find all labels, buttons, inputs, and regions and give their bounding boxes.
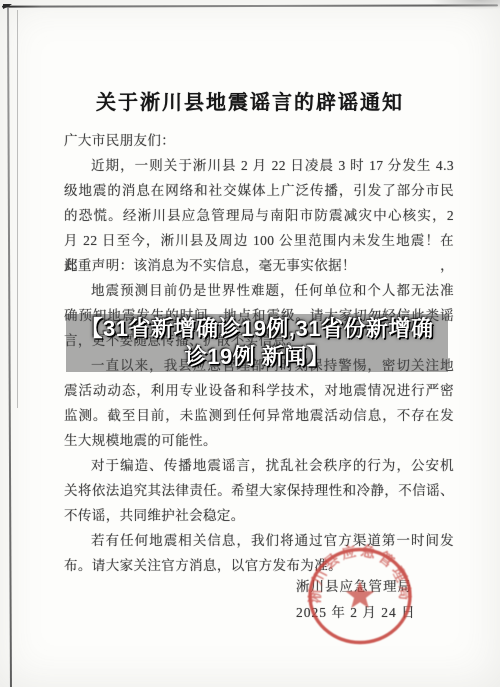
document-line: 生大规模地震的可能性。 bbox=[64, 428, 454, 453]
document-line: 关将依法追究其法律责任。希望大家保持理性和冷静，不信谣、 bbox=[64, 478, 454, 503]
document-photo: 关于淅川县地震谣言的辟谣通知 广大市民朋友们：近期，一则关于淅川县 2 月 22… bbox=[0, 0, 500, 687]
document-line: 震活动动态，利用专业设备和科学技术，对地震情况进行严密 bbox=[64, 378, 454, 403]
document-line: 近期，一则关于淅川县 2 月 22 日凌晨 3 时 17 分发生 4.3 bbox=[64, 153, 454, 178]
news-caption-line-1: 【31省新增确诊19例,31省份新增确 bbox=[80, 315, 433, 343]
document-line: 不传谣，共同维护社会稳定。 bbox=[64, 503, 454, 528]
document-line: 地震预测目前仍是世界性难题，任何单位和个人都无法准 bbox=[64, 278, 454, 303]
page-left-edge-inner bbox=[17, 10, 18, 408]
document-line: 的恐慌。经淅川县应急管理局与南阳市防震减灾中心核实，2 bbox=[64, 203, 454, 228]
photo-corner-smudge bbox=[430, 0, 500, 10]
news-caption-line-2: 诊19例 新闻】 bbox=[185, 343, 330, 371]
document-line: 广大市民朋友们： bbox=[64, 128, 454, 153]
document-title: 关于淅川县地震谣言的辟谣通知 bbox=[0, 86, 500, 115]
seal-star-icon bbox=[346, 581, 375, 608]
document-line: 对于编造、传播地震谣言，扰乱社会秩序的行为，公安机 bbox=[64, 453, 454, 478]
document-line: 月 22 日至今，淅川县及周边 100 公里范围内未发生地震！在此， bbox=[64, 228, 454, 253]
news-caption-overlay: 【31省新增确诊19例,31省份新增确 诊19例 新闻】 bbox=[66, 314, 448, 372]
page-top-edge bbox=[2, 4, 498, 7]
document-line: 监测。截至目前，未监测到任何异常地震活动信息，不存在发 bbox=[64, 403, 454, 428]
official-seal: 淅川县应急管理局 bbox=[306, 544, 414, 648]
document-line: 级地震的消息在网络和社交媒体上广泛传播，引发了部分市民 bbox=[64, 178, 454, 203]
